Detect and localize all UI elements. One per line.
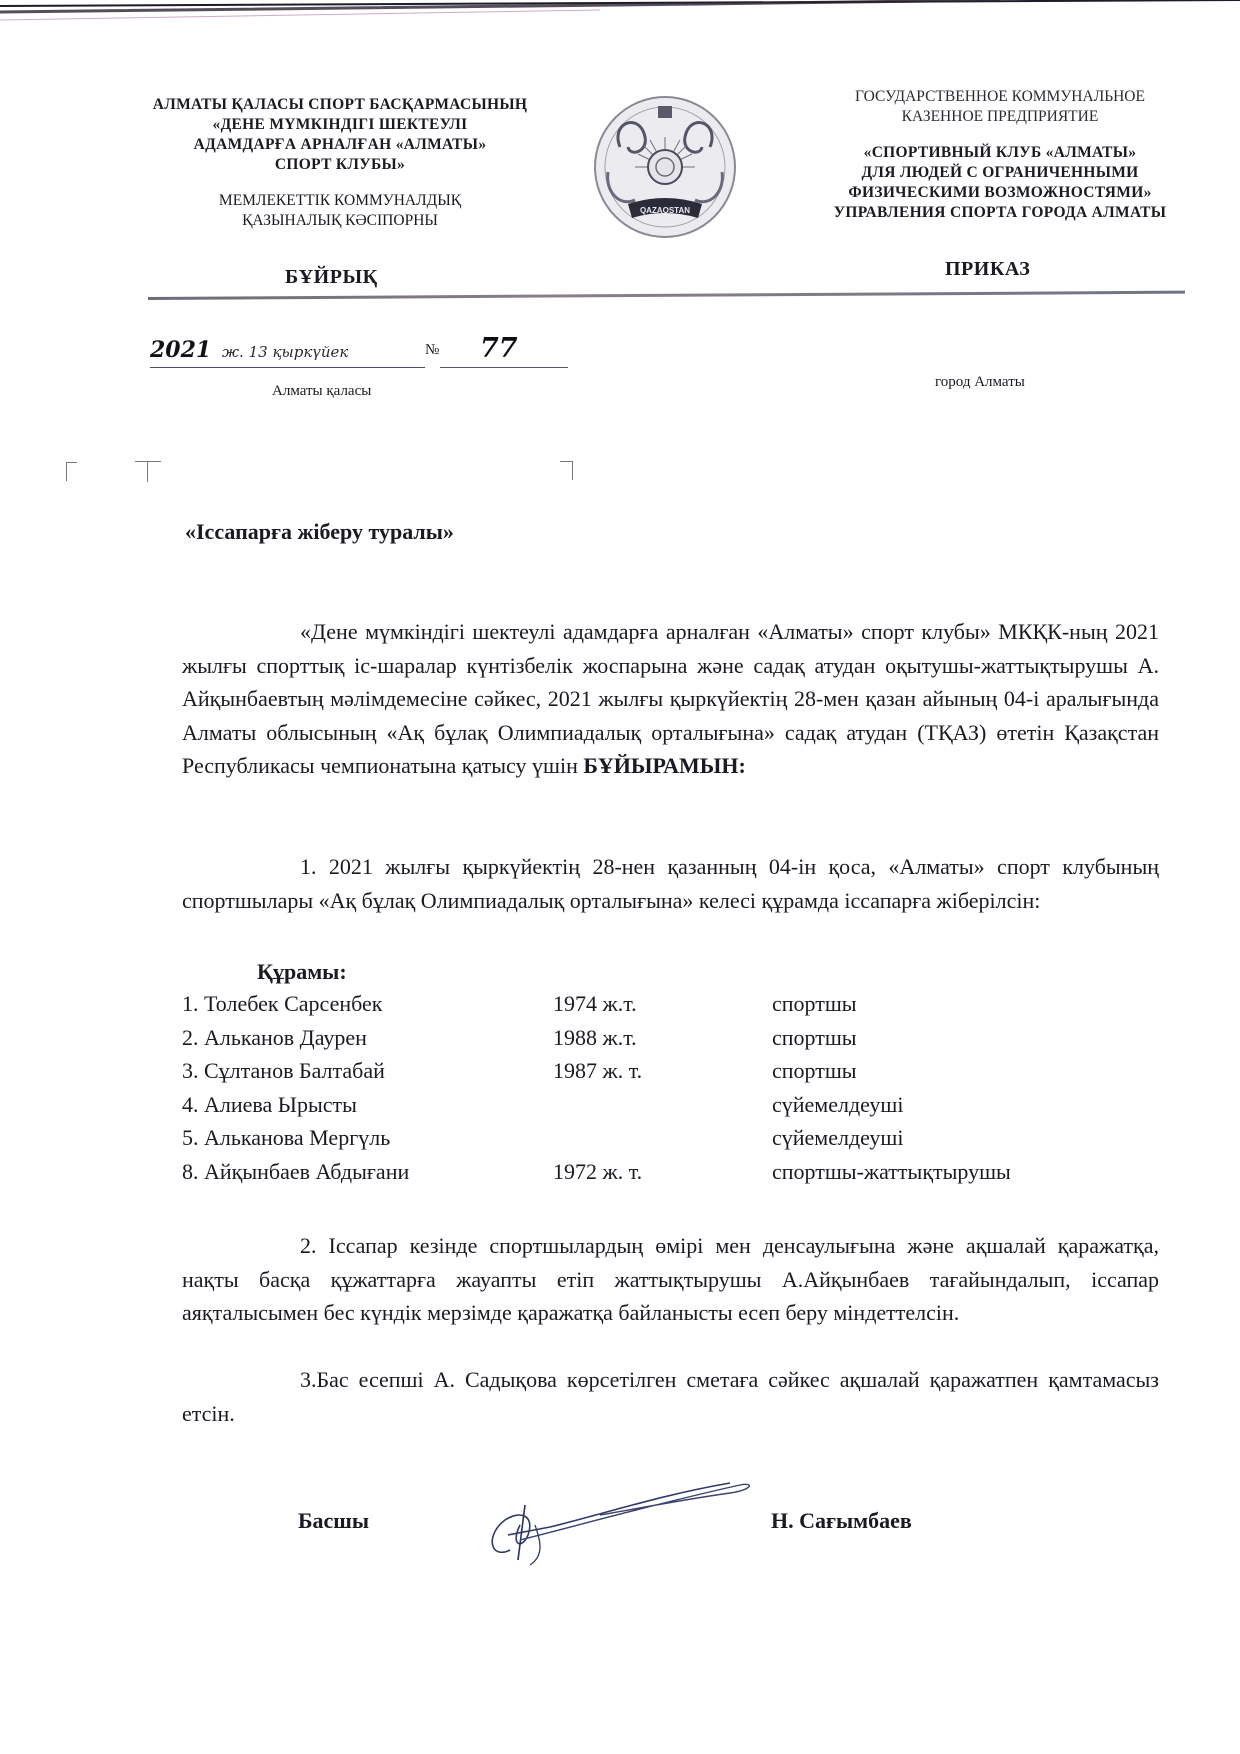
paragraph-intro: «Дене мүмкіндігі шектеулі адамдарға арна… [182,615,1159,783]
org-type-ru-line-2: КАЗЕННОЕ ПРЕДПРИЯТИЕ [790,107,1210,127]
list-item: 3. Сұлтанов Балтабай 1987 ж. т. спортшы [182,1058,1162,1092]
member-born: 1974 ж.т. [553,991,637,1017]
member-born: 1987 ж. т. [553,1058,642,1084]
header-right-ru: ГОСУДАРСТВЕННОЕ КОММУНАЛЬНОЕ КАЗЕННОЕ ПР… [790,87,1210,223]
member-name: 2. Альканов Даурен [182,1025,367,1051]
member-role: сүйемелдеуші [772,1125,903,1151]
subject-bracket-tick [135,461,161,482]
header-divider [148,291,1185,300]
order-number: 77 [480,333,518,364]
list-item: 5. Альканова Мергүль сүйемелдеуші [182,1125,1162,1159]
subject-bracket-left [66,462,77,481]
org-type-kz-line-2: ҚАЗЫНАЛЫҚ КӘСІПОРНЫ [115,211,565,231]
member-role: спортшы [772,991,857,1017]
order-title-ru: ПРИКАЗ [945,258,1030,281]
order-date-number: 2021 ж. 13 қыркүйек № 77 [150,337,570,367]
org-type-ru: ГОСУДАРСТВЕННОЕ КОММУНАЛЬНОЕ КАЗЕННОЕ ПР… [790,87,1210,127]
scan-edge-artifact [0,0,1240,40]
subject-bracket-right [560,461,573,480]
member-born: 1988 ж.т. [553,1025,637,1051]
org-name-ru-line-4: УПРАВЛЕНИЯ СПОРТА ГОРОДА АЛМАТЫ [790,203,1210,223]
org-name-kz-line-2: «ДЕНЕ МҮМКІНДІГІ ШЕКТЕУЛІ [115,115,565,135]
member-name: 1. Толебек Сарсенбек [182,991,382,1017]
kazakhstan-state-emblem-icon: QAZAQSTAN [590,92,740,242]
intro-emphasis: БҰЙЫРАМЫН: [583,753,745,778]
order-title-kz: БҰЙРЫҚ [285,266,378,289]
svg-text:QAZAQSTAN: QAZAQSTAN [640,206,690,215]
member-born: 1972 ж. т. [553,1159,642,1185]
paragraph-item-3: 3.Бас есепші А. Садықова көрсетілген сме… [182,1363,1159,1430]
org-type-kz-line-1: МЕМЛЕКЕТТІК КОММУНАЛДЫҚ [115,191,565,211]
org-type-ru-line-1: ГОСУДАРСТВЕННОЕ КОММУНАЛЬНОЕ [790,87,1210,107]
member-name: 3. Сұлтанов Балтабай [182,1058,385,1084]
handwritten-signature-icon [480,1465,780,1575]
org-name-kz-line-4: СПОРТ КЛУБЫ» [115,155,565,175]
composition-title: Құрамы: [257,959,347,985]
member-name: 8. Айқынбаев Абдығани [182,1159,409,1185]
number-underline [440,367,568,368]
signatory-role: Басшы [298,1508,369,1534]
city-ru: город Алматы [935,374,1025,391]
member-role: сүйемелдеуші [772,1092,903,1118]
signatory-name: Н. Сағымбаев [771,1508,912,1534]
org-name-ru-line-1: «СПОРТИВНЫЙ КЛУБ «АЛМАТЫ» [790,143,1210,163]
order-year-handwritten: 2021 [150,337,211,363]
order-number-label: № [425,342,439,359]
date-underline [150,367,425,368]
member-name: 5. Альканова Мергүль [182,1125,390,1151]
org-name-ru-line-3: ФИЗИЧЕСКИМИ ВОЗМОЖНОСТЯМИ» [790,183,1210,203]
list-item: 4. Алиева Ырысты сүйемелдеуші [182,1092,1162,1126]
org-type-kz: МЕМЛЕКЕТТІК КОММУНАЛДЫҚ ҚАЗЫНАЛЫҚ КӘСІПО… [115,191,565,231]
paragraph-item-1: 1. 2021 жылғы қыркүйектің 28-нен қазанны… [182,850,1159,917]
org-name-kz-line-1: АЛМАТЫ ҚАЛАСЫ СПОРТ БАСҚАРМАСЫНЫҢ [115,95,565,115]
paragraph-item-2: 2. Іссапар кезінде спортшылардың өмірі м… [182,1229,1159,1330]
header-left-kz: АЛМАТЫ ҚАЛАСЫ СПОРТ БАСҚАРМАСЫНЫҢ «ДЕНЕ … [115,95,565,231]
org-name-ru: «СПОРТИВНЫЙ КЛУБ «АЛМАТЫ» ДЛЯ ЛЮДЕЙ С ОГ… [790,143,1210,223]
order-subject: «Іссапарға жіберу туралы» [185,519,454,545]
org-name-ru-line-2: ДЛЯ ЛЮДЕЙ С ОГРАНИЧЕННЫМИ [790,163,1210,183]
list-item: 2. Альканов Даурен 1988 ж.т. спортшы [182,1025,1162,1059]
list-item: 1. Толебек Сарсенбек 1974 ж.т. спортшы [182,991,1162,1025]
member-role: спортшы [772,1058,857,1084]
list-item: 8. Айқынбаев Абдығани 1972 ж. т. спортшы… [182,1159,1162,1193]
member-role: спортшы-жаттықтырушы [772,1159,1011,1185]
member-role: спортшы [772,1025,857,1051]
composition-list: 1. Толебек Сарсенбек 1974 ж.т. спортшы 2… [182,991,1162,1192]
order-date-handwritten: ж. 13 қыркүйек [222,343,348,361]
city-kz: Алматы қаласы [272,383,371,400]
member-name: 4. Алиева Ырысты [182,1092,357,1118]
org-name-kz-line-3: АДАМДАРҒА АРНАЛҒАН «АЛМАТЫ» [115,135,565,155]
